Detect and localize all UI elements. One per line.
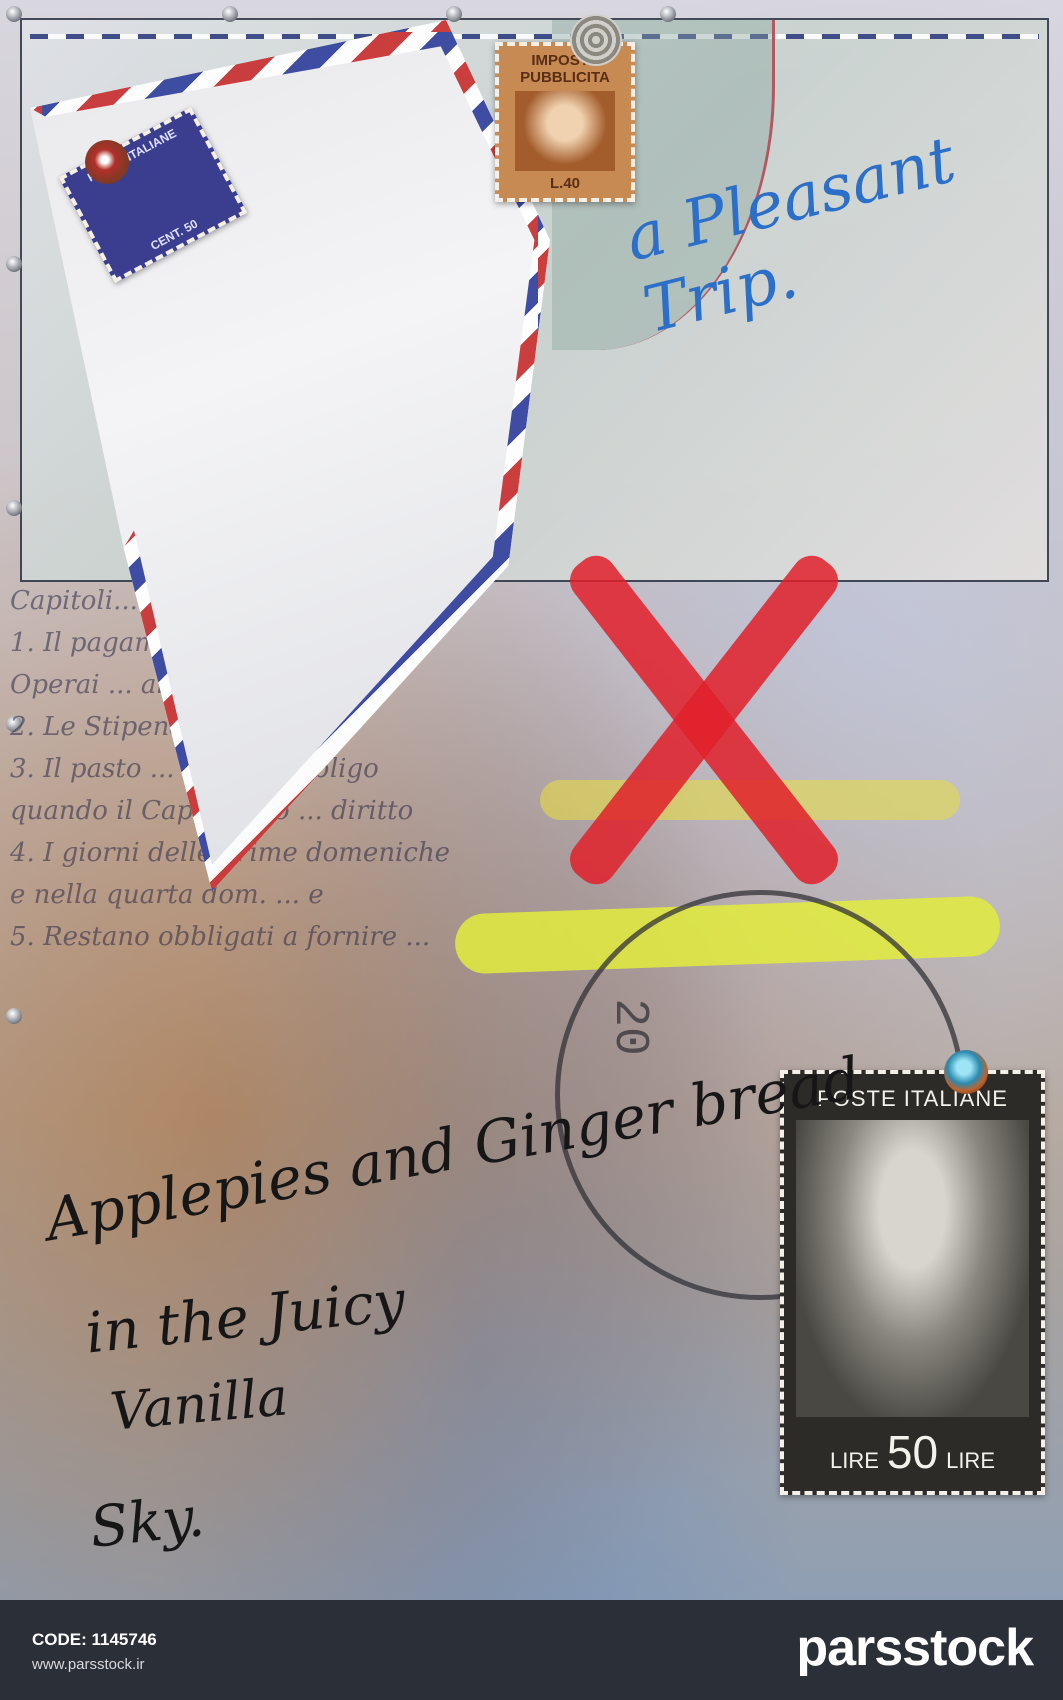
red-x-mark bbox=[520, 540, 880, 880]
postmark-date: 20 bbox=[602, 998, 656, 1056]
silver-pushpin-icon bbox=[570, 14, 622, 66]
headline-sky: Sky. bbox=[87, 1484, 207, 1561]
rivet-icon bbox=[660, 6, 676, 22]
map-scale-bar bbox=[30, 34, 1039, 39]
stamp-value: L.40 bbox=[550, 175, 580, 192]
rivet-icon bbox=[6, 256, 22, 272]
stamp-portrait bbox=[515, 91, 615, 171]
script-line: e nella quarta dom. ... e bbox=[10, 874, 650, 916]
rivet-icon bbox=[6, 6, 22, 22]
turquoise-pushpin-icon bbox=[944, 1050, 988, 1094]
stamp-value-number: 50 bbox=[887, 1426, 938, 1478]
collage-artwork: Capitoli... 1. Il pagamento ... ai forni… bbox=[0, 0, 1063, 1600]
stamp-value-prefix: LIRE bbox=[830, 1448, 879, 1473]
rivet-icon bbox=[222, 6, 238, 22]
brand-logo: parsstock bbox=[796, 1618, 1033, 1678]
watermark-footer: CODE: 1145746 www.parsstock.ir parsstock bbox=[0, 1600, 1063, 1700]
stamp-picture bbox=[796, 1120, 1029, 1417]
stamp-value-suffix: LIRE bbox=[946, 1448, 995, 1473]
orange-postage-stamp: IMPOSTA PUBBLICITA L.40 bbox=[495, 42, 635, 202]
rivet-icon bbox=[6, 500, 22, 516]
red-pushpin-icon bbox=[85, 140, 129, 184]
website-link[interactable]: www.parsstock.ir bbox=[32, 1656, 145, 1673]
grey-postage-stamp: POSTE ITALIANE LIRE50LIRE bbox=[780, 1070, 1045, 1495]
stamp-value: LIRE50LIRE bbox=[830, 1425, 995, 1479]
image-code: CODE: 1145746 bbox=[32, 1630, 157, 1650]
rivet-icon bbox=[446, 6, 462, 22]
